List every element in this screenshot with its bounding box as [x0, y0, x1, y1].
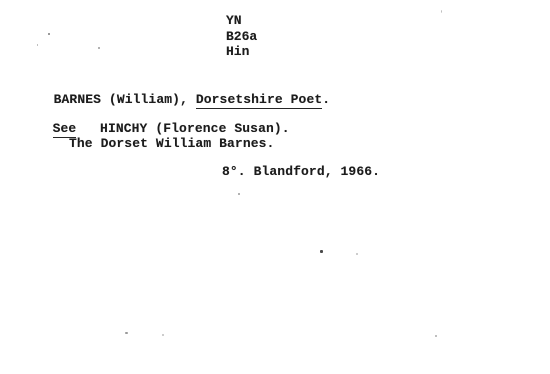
call-number: YN B26a Hin: [226, 13, 257, 60]
scan-speck: [441, 10, 442, 13]
spacer: [76, 121, 100, 136]
scan-speck: [125, 332, 128, 334]
call-number-line: B26a: [226, 29, 257, 45]
catalog-card: YN B26a Hin BARNES (William), Dorsetshir…: [0, 0, 550, 374]
scan-speck: [48, 33, 50, 35]
scan-speck: [162, 334, 164, 336]
scan-speck: [356, 253, 358, 255]
scan-speck: [37, 44, 38, 46]
scan-speck: [98, 47, 100, 49]
scan-speck: [435, 335, 437, 337]
reference-target: HINCHY (Florence Susan).: [100, 121, 290, 136]
call-number-line: Hin: [226, 44, 257, 60]
scan-speck: [238, 193, 240, 195]
heading-period: .: [322, 92, 330, 107]
title-note: The Dorset William Barnes.: [69, 136, 274, 152]
call-number-line: YN: [226, 13, 257, 29]
imprint-line: 8°. Blandford, 1966.: [222, 164, 380, 180]
scan-speck: [320, 250, 323, 253]
